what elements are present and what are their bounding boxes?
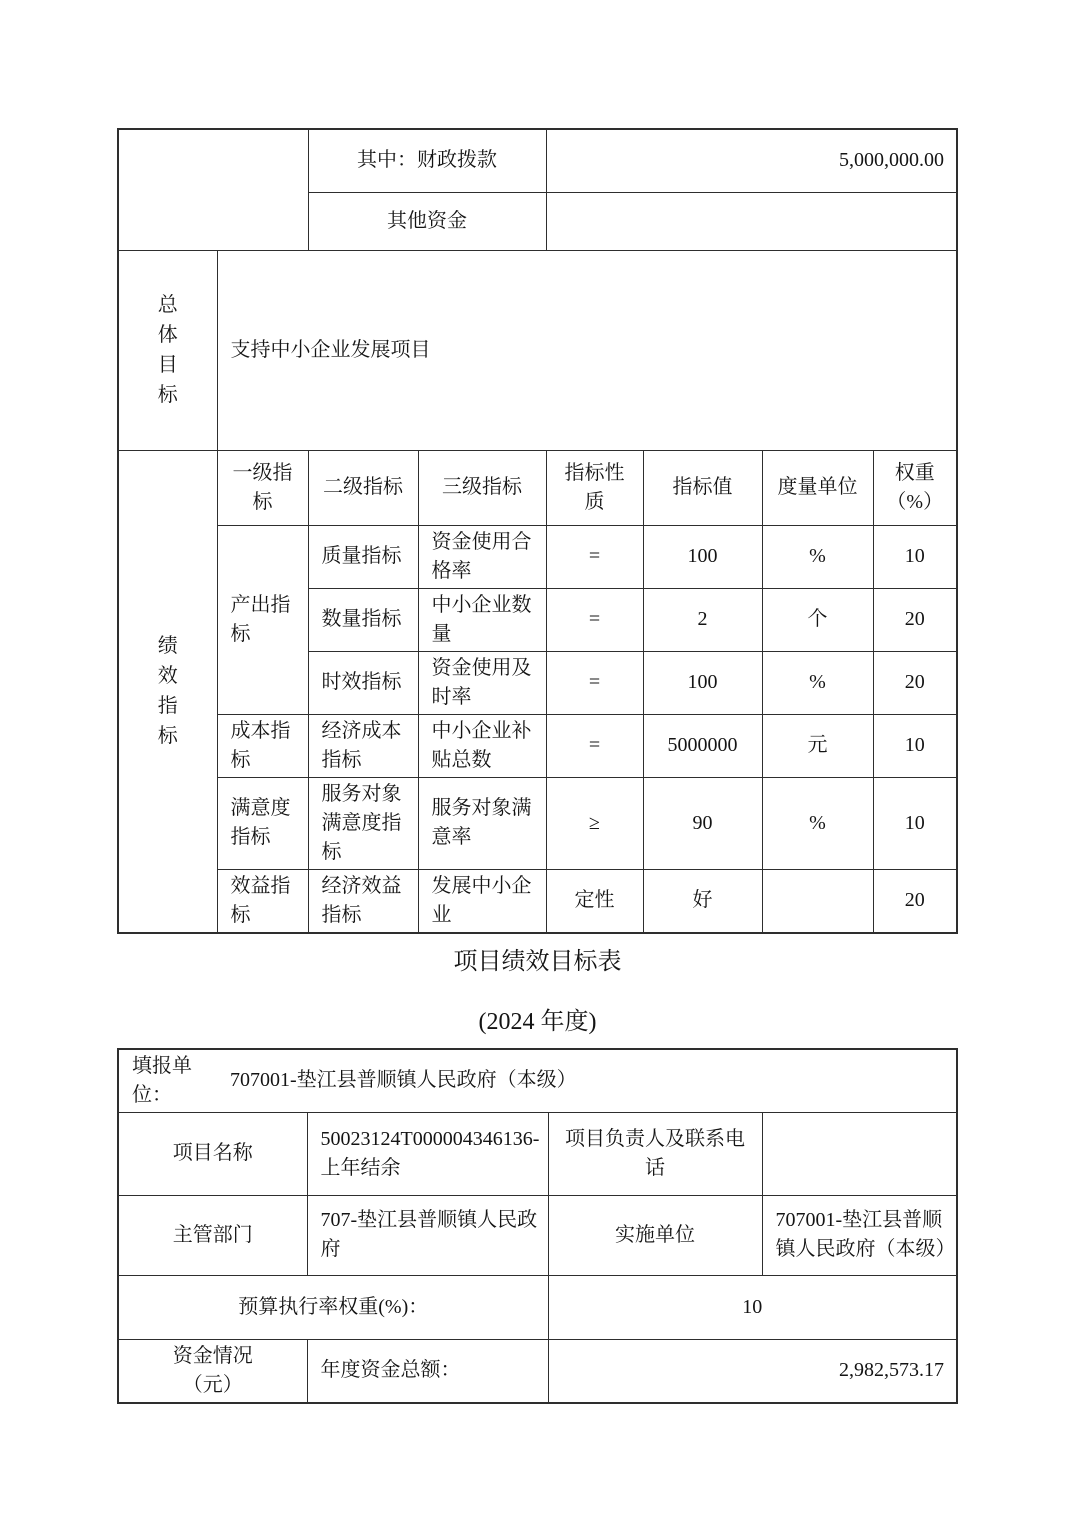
indicator-level3-cell: 资金使用及时率 (418, 651, 546, 714)
indicator-weight-cell: 10 (873, 714, 957, 777)
indicator-level3-cell: 服务对象满意率 (418, 777, 546, 869)
indicator-nature-cell: 定性 (546, 869, 643, 933)
reporting-unit-cell: 填报单位： 707001-垫江县普顺镇人民政府（本级） (118, 1049, 957, 1113)
indicator-weight-cell: 10 (873, 777, 957, 869)
impl-unit-value: 707001-垫江县普顺镇人民政府（本级） (762, 1195, 957, 1275)
header-unit: 度量单位 (762, 450, 873, 525)
indicator-value-cell: 100 (643, 651, 762, 714)
funding-row-value (546, 192, 957, 250)
indicator-row: 成本指标 经济成本指标 中小企业补贴总数 = 5000000 元 10 (118, 714, 957, 777)
indicator-weight-cell: 20 (873, 869, 957, 933)
budget-weight-value: 10 (548, 1275, 957, 1339)
indicator-level2-cell: 经济效益指标 (308, 869, 418, 933)
indicator-level1-cell: 成本指标 (217, 714, 308, 777)
indicator-level2-cell: 数量指标 (308, 588, 418, 651)
indicator-unit-cell (762, 869, 873, 933)
annual-total-value: 2,982,573.17 (548, 1339, 957, 1403)
funding-row-label: 其他资金 (308, 192, 546, 250)
table-row: 主管部门 707-垫江县普顺镇人民政府 实施单位 707001-垫江县普顺镇人民… (118, 1195, 957, 1275)
indicator-nature-cell: = (546, 588, 643, 651)
project-name-value: 50023124T000004346136-上年结余 (307, 1112, 548, 1195)
indicator-level3-cell: 发展中小企业 (418, 869, 546, 933)
indicator-row: 满意度指标 服务对象满意度指标 服务对象满意率 ≥ 90 % 10 (118, 777, 957, 869)
indicator-unit-cell: 个 (762, 588, 873, 651)
indicator-level1-cell: 产出指标 (217, 525, 308, 714)
dept-value: 707-垫江县普顺镇人民政府 (307, 1195, 548, 1275)
indicator-level2-cell: 经济成本指标 (308, 714, 418, 777)
page-subtitle: (2024 年度) (117, 1007, 958, 1037)
indicator-value-cell: 90 (643, 777, 762, 869)
indicator-level1-cell: 满意度指标 (217, 777, 308, 869)
table-row: 填报单位： 707001-垫江县普顺镇人民政府（本级） (118, 1049, 957, 1113)
overall-goal-label-cell: 总体目标 (118, 250, 217, 450)
page-title: 项目绩效目标表 (117, 947, 958, 977)
indicator-weight-cell: 10 (873, 525, 957, 588)
indicator-level3-cell: 中小企业数量 (418, 588, 546, 651)
performance-summary-table: 其中：财政拨款 5,000,000.00 其他资金 总体目标 支持中小企业发展项… (117, 128, 958, 934)
table-row: 总体目标 支持中小企业发展项目 (118, 250, 957, 450)
indicator-value-cell: 5000000 (643, 714, 762, 777)
funding-row-label: 其中：财政拨款 (308, 129, 546, 192)
table-row: 其中：财政拨款 5,000,000.00 (118, 129, 957, 192)
indicator-level1-cell: 效益指标 (217, 869, 308, 933)
indicator-nature-cell: ≥ (546, 777, 643, 869)
indicator-header-row: 绩效指标 一级指标 二级指标 三级指标 指标性质 指标值 度量单位 权重 （%） (118, 450, 957, 525)
overall-goal-text: 支持中小企业发展项目 (217, 250, 957, 450)
project-leader-value (762, 1112, 957, 1195)
reporting-unit-label: 填报单位： (132, 1052, 198, 1110)
header-weight: 权重 （%） (873, 450, 957, 525)
indicator-weight-cell: 20 (873, 588, 957, 651)
indicator-level3-cell: 资金使用合格率 (418, 525, 546, 588)
indicator-value-cell: 好 (643, 869, 762, 933)
project-info-table: 填报单位： 707001-垫江县普顺镇人民政府（本级） 项目名称 5002312… (117, 1048, 958, 1404)
indicators-side-label: 绩效指标 (155, 631, 181, 751)
reporting-unit-value: 707001-垫江县普顺镇人民政府（本级） (230, 1066, 577, 1095)
funding-left-empty-cell (118, 129, 308, 250)
indicator-value-cell: 100 (643, 525, 762, 588)
document-page: 其中：财政拨款 5,000,000.00 其他资金 总体目标 支持中小企业发展项… (117, 128, 958, 1404)
indicator-nature-cell: = (546, 714, 643, 777)
dept-label: 主管部门 (118, 1195, 307, 1275)
indicator-unit-cell: % (762, 777, 873, 869)
indicators-side-label-cell: 绩效指标 (118, 450, 217, 933)
header-value: 指标值 (643, 450, 762, 525)
indicator-unit-cell: 元 (762, 714, 873, 777)
funds-label: 资金情况 （元） (118, 1339, 307, 1403)
indicator-row: 效益指标 经济效益指标 发展中小企业 定性 好 20 (118, 869, 957, 933)
budget-weight-label: 预算执行率权重(%)： (118, 1275, 548, 1339)
overall-goal-label: 总体目标 (155, 290, 181, 410)
funding-row-value: 5,000,000.00 (546, 129, 957, 192)
impl-unit-label: 实施单位 (548, 1195, 762, 1275)
indicator-level2-cell: 质量指标 (308, 525, 418, 588)
header-level3: 三级指标 (418, 450, 546, 525)
indicator-unit-cell: % (762, 651, 873, 714)
project-name-label: 项目名称 (118, 1112, 307, 1195)
header-nature: 指标性质 (546, 450, 643, 525)
indicator-weight-cell: 20 (873, 651, 957, 714)
indicator-level2-cell: 服务对象满意度指标 (308, 777, 418, 869)
table-row: 预算执行率权重(%)： 10 (118, 1275, 957, 1339)
indicator-level3-cell: 中小企业补贴总数 (418, 714, 546, 777)
indicator-level2-cell: 时效指标 (308, 651, 418, 714)
indicator-nature-cell: = (546, 525, 643, 588)
table-row: 项目名称 50023124T000004346136-上年结余 项目负责人及联系… (118, 1112, 957, 1195)
indicator-value-cell: 2 (643, 588, 762, 651)
table-row: 资金情况 （元） 年度资金总额： 2,982,573.17 (118, 1339, 957, 1403)
indicator-unit-cell: % (762, 525, 873, 588)
indicator-nature-cell: = (546, 651, 643, 714)
header-level1: 一级指标 (217, 450, 308, 525)
indicator-row: 产出指标 质量指标 资金使用合格率 = 100 % 10 (118, 525, 957, 588)
annual-total-label: 年度资金总额： (307, 1339, 548, 1403)
project-leader-label: 项目负责人及联系电话 (548, 1112, 762, 1195)
header-level2: 二级指标 (308, 450, 418, 525)
